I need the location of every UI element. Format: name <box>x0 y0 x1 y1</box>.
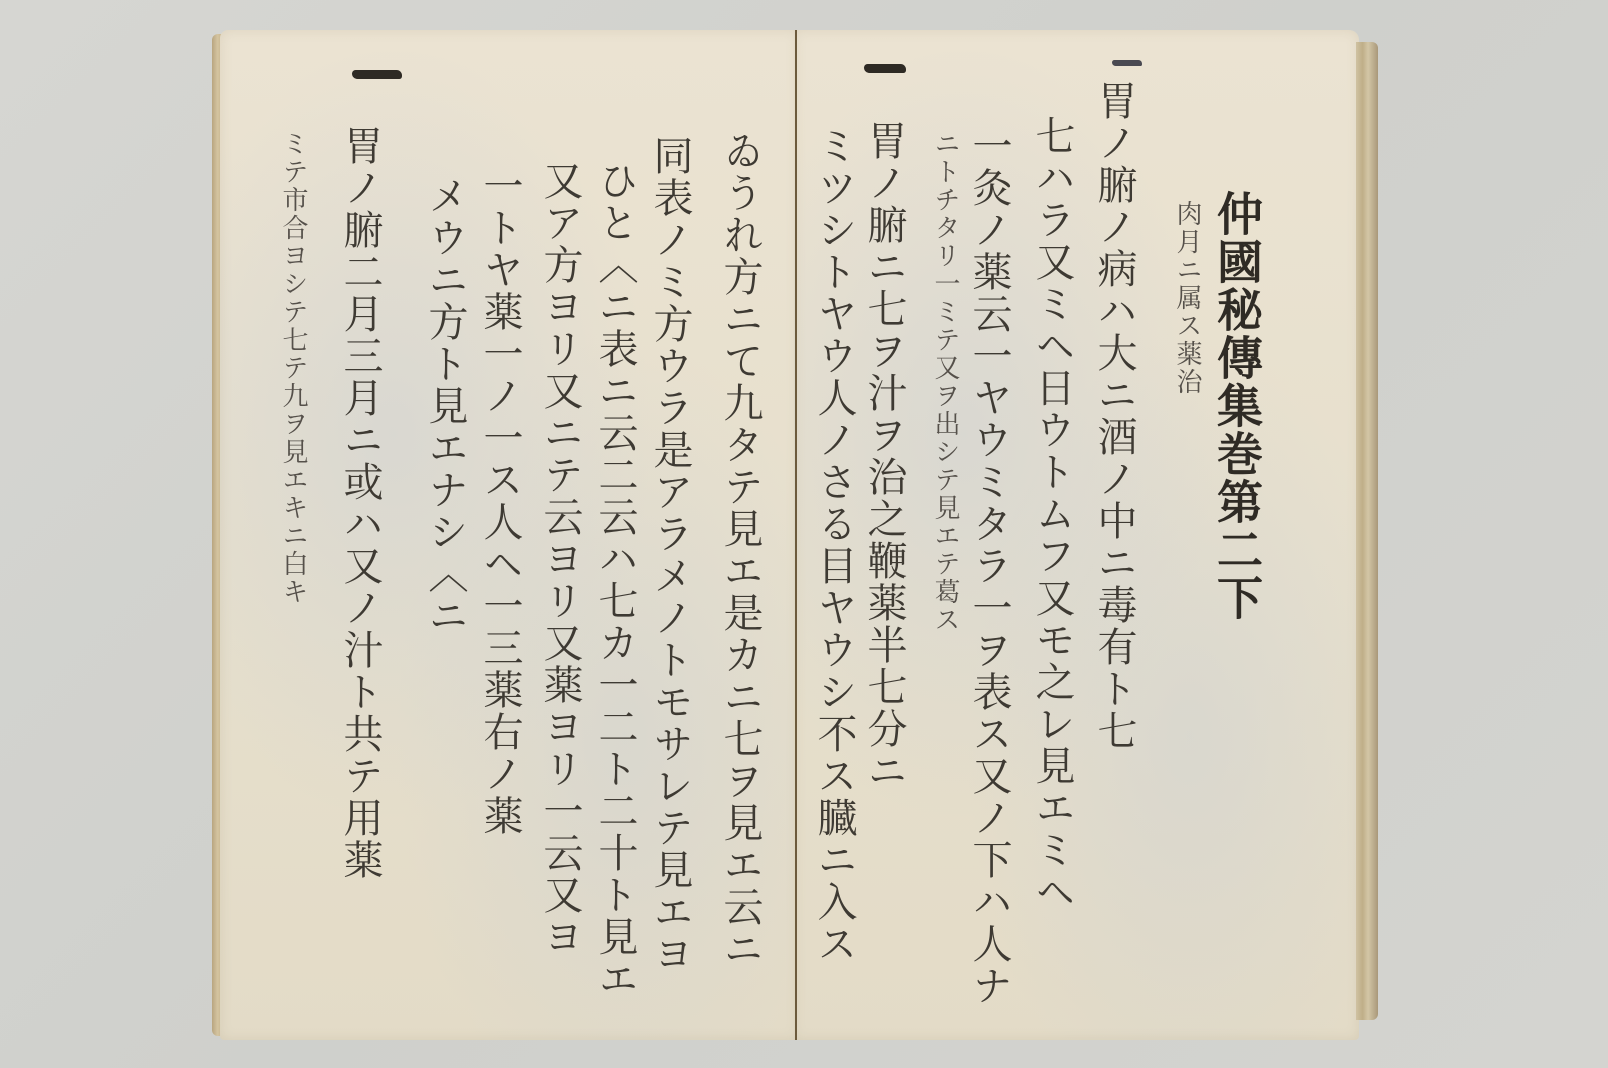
right-page: ミツシトヤウ人ノさる目ヤウシ不ス臓ニ入ス 胃ノ腑ニ七ヲ汁ヲ治之鞭薬半七分ニ ニト… <box>794 30 1359 1040</box>
left-col-2: 同表ノミ方ウラ是アラメノトモサレテ見エヨ <box>650 135 690 975</box>
right-col-4: ニトチタリ一ミテ又ヲ出シテ見エテ葛ス <box>932 130 958 634</box>
left-col-3: ひと〈ニ表ニ云二云ハ七カ一二ト二十ト見エ <box>595 160 635 1000</box>
right-page-stack-edge <box>1356 42 1378 1020</box>
right-col-3: 一灸ノ薬云一ヤウミタラ一ヲ表ス又ノ下ハ人ナ <box>969 125 1009 1007</box>
chapter-title: 仲國秘傳集巻第二下 <box>1214 190 1260 622</box>
right-col-2: 七ハラ又ミヘ日ウトムフ又モ之レ見エミヘ <box>1032 115 1072 913</box>
item-marker <box>352 70 402 79</box>
right-col-7: ミツシトヤウ人ノさる目ヤウシ不ス臓ニ入ス <box>814 125 854 965</box>
title-annotation: 肉月ニ属ス薬治 <box>1174 200 1200 396</box>
item-marker <box>864 64 906 73</box>
left-col-8: ミテ市合ヨシテ七テ九ヲ見エキニ白キ <box>280 130 306 606</box>
left-col-1: ゐうれ方ニて九タテ見エ是カニ七ヲ見エ云ニ <box>720 130 760 970</box>
left-col-6: メウニ方ト見エナシ〈ニ <box>425 175 465 637</box>
left-col-7: 胃ノ腑二月三月ニ或ハ又ノ汁ト共テ用薬 <box>340 125 380 881</box>
left-col-5: 一トヤ薬一ノ一ス人ヘ一三薬右ノ薬 <box>480 165 520 837</box>
left-page: 胃ノ腑二月三月ニ或ハ又ノ汁ト共テ用薬 ミテ市合ヨシテ七テ九ヲ見エキニ白キ メウニ… <box>220 30 798 1040</box>
open-manuscript-book: 胃ノ腑二月三月ニ或ハ又ノ汁ト共テ用薬 ミテ市合ヨシテ七テ九ヲ見エキニ白キ メウニ… <box>220 30 1380 1040</box>
book-gutter <box>795 30 797 1040</box>
right-col-1: 胃ノ腑ノ病ハ大ニ酒ノ中ニ毒有ト七 <box>1094 80 1134 752</box>
item-marker <box>1112 60 1142 66</box>
left-col-4: 又ア方ヨリ又ニテ云ヨリ又薬ヨリ一云又ヨ <box>540 160 580 958</box>
right-col-6: 胃ノ腑ニ七ヲ汁ヲ治之鞭薬半七分ニ <box>864 120 904 792</box>
